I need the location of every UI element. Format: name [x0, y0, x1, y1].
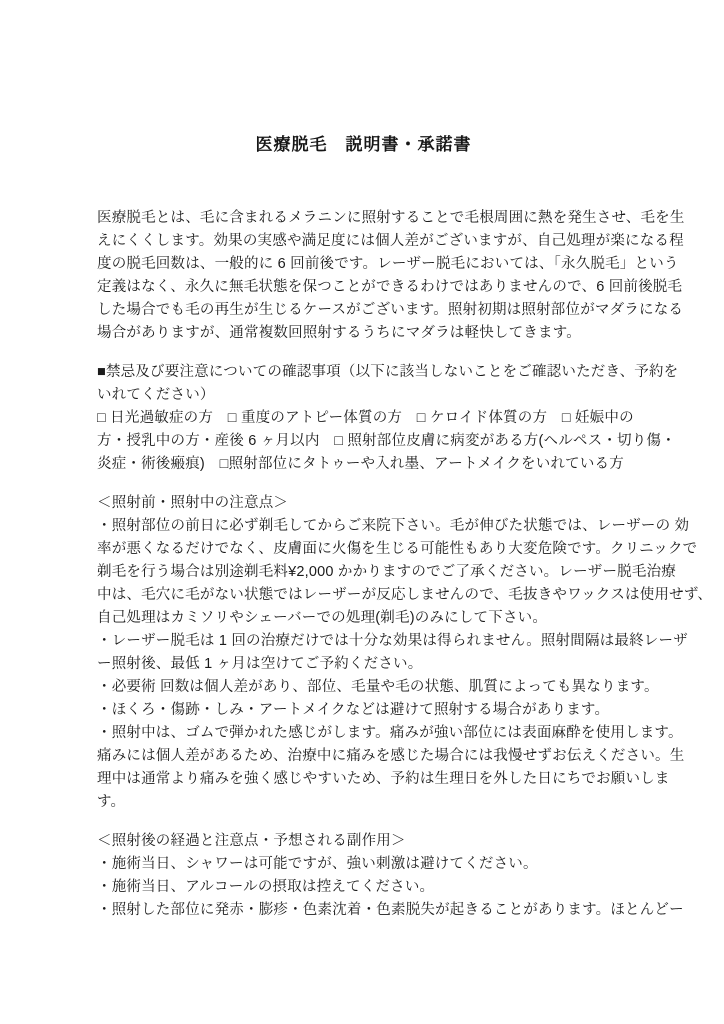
- text-line: 自己処理はカミソリやシェーバーでの処理(剃毛)のみにして下さい。: [97, 607, 630, 630]
- text-line: ・レーザー脱毛は 1 回の治療だけでは十分な効果は得られません。照射間隔は最終レ…: [97, 630, 630, 653]
- text-line: ・ほくろ・傷跡・しみ・アートメイクなどは避けて照射する場合があります。: [97, 699, 630, 722]
- text-line: 定義はなく、永久に無毛状態を保つことができるわけではありませんので、6 回前後脱…: [97, 276, 630, 299]
- text-line: 炎症・術後瘢痕) □照射部位にタトゥーや入れ墨、アートメイクをいれている方: [97, 453, 630, 476]
- text-line: 度の脱毛回数は、一般的に 6 回前後です。レーザー脱毛においては、「永久脱毛」と…: [97, 253, 630, 276]
- consent-document-page: 医療脱毛 説明書・承諾書 医療脱毛とは、毛に含まれるメラニンに照射することで毛根…: [0, 0, 724, 1024]
- text-line: ・施術当日、シャワーは可能ですが、強い刺激は避けてください。: [97, 853, 630, 876]
- text-line: 剃毛を行う場合は別途剃毛料¥2,000 かかりますのでご了承ください。レーザー脱…: [97, 561, 630, 584]
- text-line: えにくくします。効果の実感や満足度には個人差がございますが、自己処理が楽になる程: [97, 230, 630, 253]
- text-line: ・必要術 回数は個人差があり、部位、毛量や毛の状態、肌質によっても異なります。: [97, 676, 630, 699]
- section-contraindication-checklist: ■禁忌及び要注意についての確認事項（以下に該当しないことをご確認いただき、予約を…: [97, 361, 630, 476]
- text-line: ＜照射前・照射中の注意点＞: [97, 492, 630, 515]
- text-line: □ 日光過敏症の方 □ 重度のアトピー体質の方 □ ケロイド体質の方 □ 妊娠中…: [97, 407, 630, 430]
- text-line: 中は、毛穴に毛がない状態ではレーザーが反応しませんので、毛抜きやワックスは使用せ…: [97, 584, 630, 607]
- text-line: ー照射後、最低 1 ヶ月は空けてご予約ください。: [97, 653, 630, 676]
- text-line: ・照射中は、ゴムで弾かれた感じがします。痛みが強い部位には表面麻酔を使用します。: [97, 722, 630, 745]
- text-line: ・照射部位の前日に必ず剃毛してからご来院下さい。毛が伸びた状態では、レーザーの …: [97, 515, 630, 538]
- text-line: 場合がありますが、通常複数回照射するうちにマダラは軽快してきます。: [97, 322, 630, 345]
- document-title: 医療脱毛 説明書・承諾書: [97, 130, 630, 155]
- section-pre-and-during-treatment-notes: ＜照射前・照射中の注意点＞・照射部位の前日に必ず剃毛してからご来院下さい。毛が伸…: [97, 492, 630, 814]
- section-introduction: 医療脱毛とは、毛に含まれるメラニンに照射することで毛根周囲に熱を発生させ、毛を生…: [97, 207, 630, 345]
- text-line: 率が悪くなるだけでなく、皮膚面に火傷を生じる可能性もあり大変危険です。クリニック…: [97, 538, 630, 561]
- text-line: ■禁忌及び要注意についての確認事項（以下に該当しないことをご確認いただき、予約を: [97, 361, 630, 384]
- text-line: した場合でも毛の再生が生じるケースがございます。照射初期は照射部位がマダラになる: [97, 299, 630, 322]
- text-line: 医療脱毛とは、毛に含まれるメラニンに照射することで毛根周囲に熱を発生させ、毛を生: [97, 207, 630, 230]
- text-line: 理中は通常より痛みを強く感じやすいため、予約は生理日を外した日にちでお願いしま: [97, 768, 630, 791]
- document-viewport: { "document": { "title": "医療脱毛 説明書・承諾書",…: [0, 0, 724, 1024]
- text-line: ・照射した部位に発赤・膨疹・色素沈着・色素脱失が起きることがあります。ほとんどー: [97, 899, 630, 922]
- text-line: ＜照射後の経過と注意点・予想される副作用＞: [97, 830, 630, 853]
- text-line: ・施術当日、アルコールの摂取は控えてください。: [97, 876, 630, 899]
- section-post-treatment-notes: ＜照射後の経過と注意点・予想される副作用＞・施術当日、シャワーは可能ですが、強い…: [97, 830, 630, 922]
- text-line: 方・授乳中の方・産後 6 ヶ月以内 □ 照射部位皮膚に病変がある方(ヘルペス・切…: [97, 430, 630, 453]
- text-line: いれてください）: [97, 384, 630, 407]
- text-line: 痛みには個人差があるため、治療中に痛みを感じた場合には我慢せずお伝えください。生: [97, 745, 630, 768]
- text-line: す。: [97, 791, 630, 814]
